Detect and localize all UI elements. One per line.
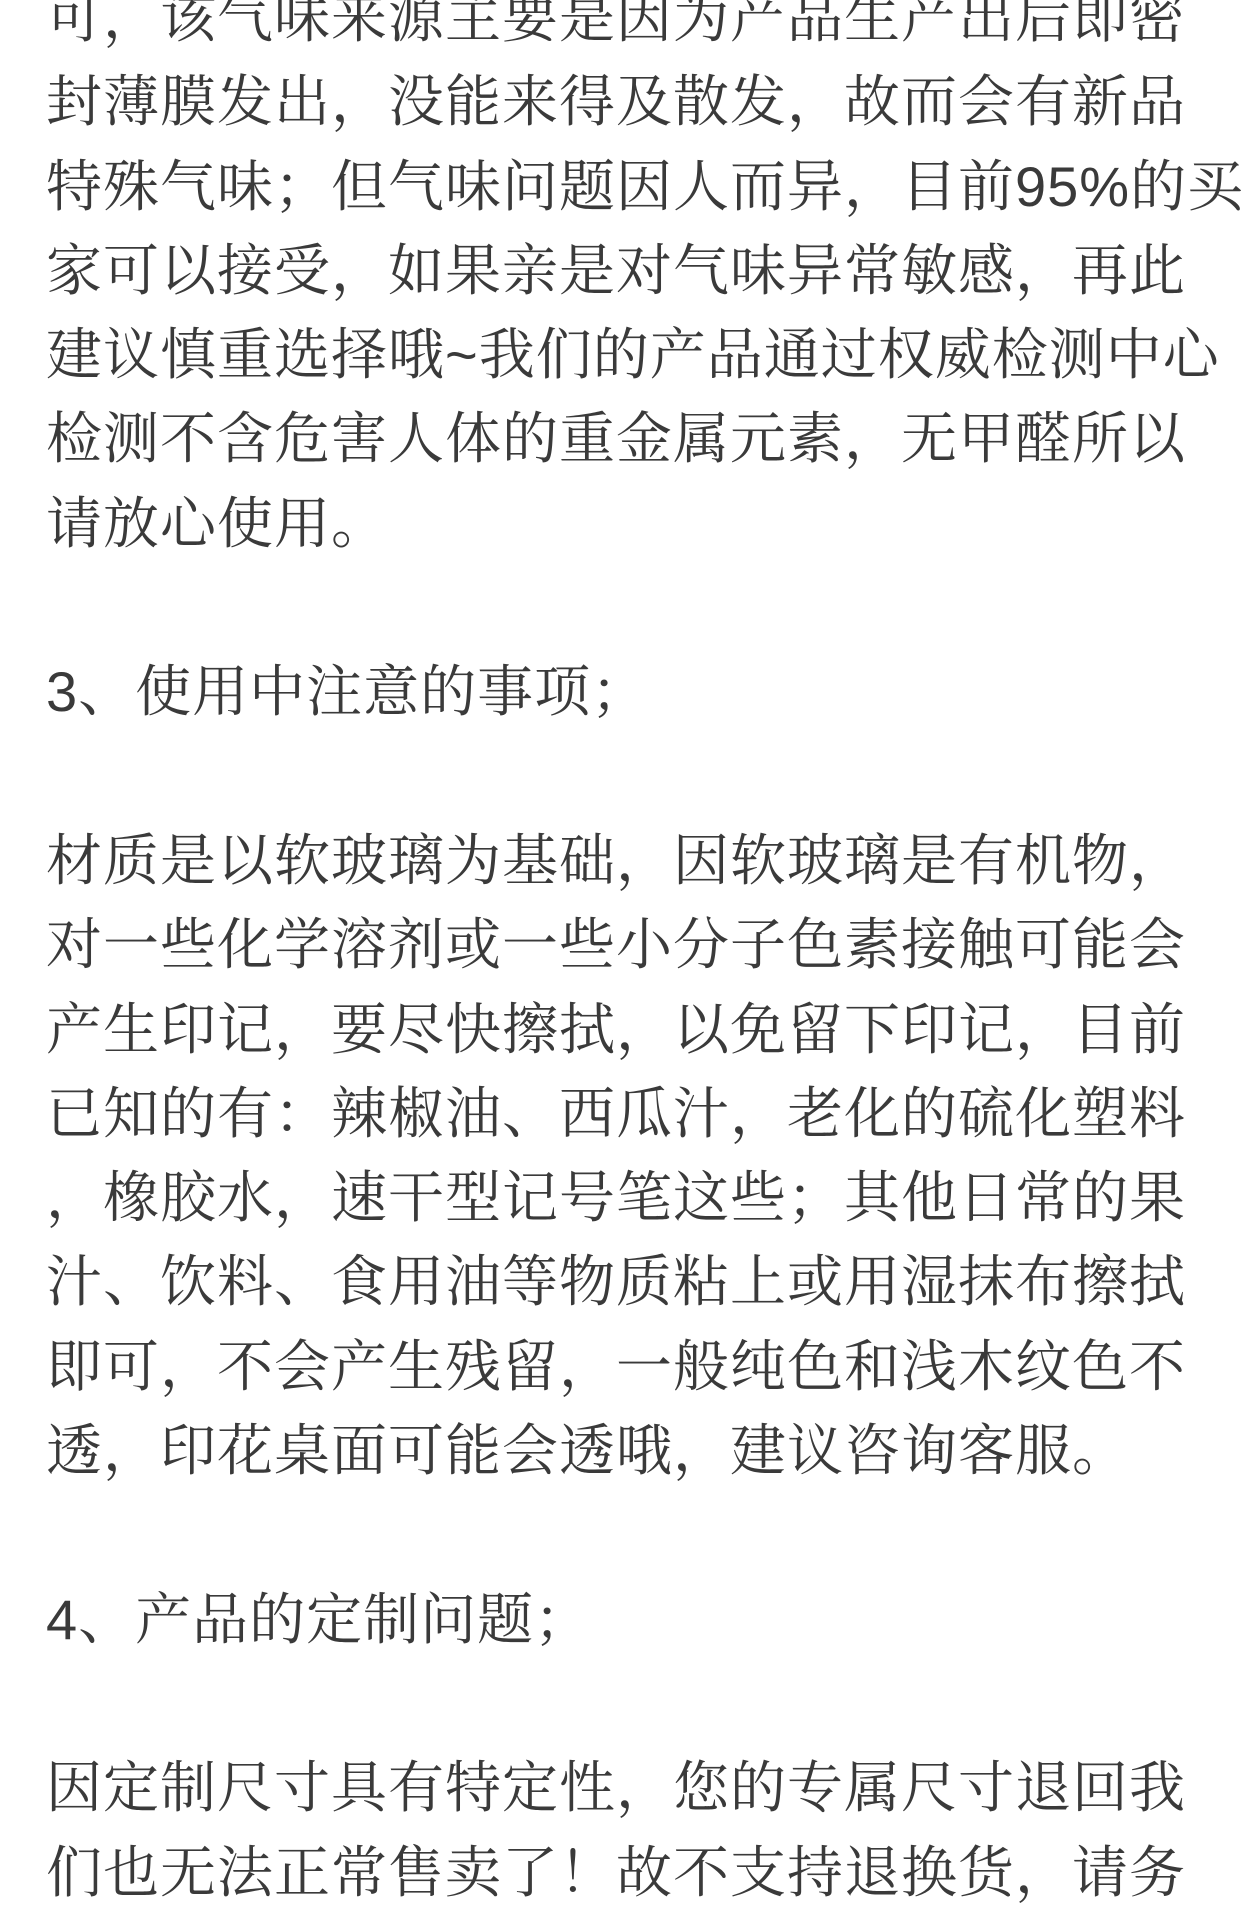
text-line: 材质是以软玻璃为基础，因软玻璃是有机物， xyxy=(46,819,1212,903)
text-line: 3、使用中注意的事项； xyxy=(46,650,1212,734)
product-description-page: { "page": { "background_color": "#ffffff… xyxy=(0,0,1242,1920)
text-line: 特殊气味；但气味问题因人而异，目前95%的买 xyxy=(46,145,1212,229)
text-line: 即可，不会产生残留，一般纯色和浅木纹色不 xyxy=(46,1325,1212,1409)
text-line: 对一些化学溶剂或一些小分子色素接触可能会 xyxy=(46,903,1212,987)
text-line: 因定制尺寸具有特定性，您的专属尺寸退回我 xyxy=(46,1746,1212,1830)
text-line: 已知的有：辣椒油、西瓜汁，老化的硫化塑料 xyxy=(46,1072,1212,1156)
text-line: 家可以接受，如果亲是对气味异常敏感，再此 xyxy=(46,229,1212,313)
text-line: 建议慎重选择哦~我们的产品通过权威检测中心 xyxy=(46,313,1212,397)
text-line: 们也无法正常售卖了！故不支持退换货，请务 xyxy=(46,1831,1212,1915)
paragraph-material-care: 材质是以软玻璃为基础，因软玻璃是有机物，对一些化学溶剂或一些小分子色素接触可能会… xyxy=(46,819,1212,1493)
text-line: 4、产品的定制问题； xyxy=(46,1578,1212,1662)
text-line: 透，印花桌面可能会透哦，建议咨询客服。 xyxy=(46,1409,1212,1493)
text-line: 封薄膜发出，没能来得及散发，故而会有新品 xyxy=(46,60,1212,144)
text-line: 汁、饮料、食用油等物质粘上或用湿抹布擦拭 xyxy=(46,1240,1212,1324)
paragraph-customization-policy: 因定制尺寸具有特定性，您的专属尺寸退回我们也无法正常售卖了！故不支持退换货，请务 xyxy=(46,1746,1212,1915)
paragraph-odor-explanation: 可，该气味来源主要是因为产品生产出后即密封薄膜发出，没能来得及散发，故而会有新品… xyxy=(46,0,1212,566)
text-line: 请放心使用。 xyxy=(46,482,1212,566)
description-text-flow: 可，该气味来源主要是因为产品生产出后即密封薄膜发出，没能来得及散发，故而会有新品… xyxy=(0,0,1242,1915)
text-line: 可，该气味来源主要是因为产品生产出后即密 xyxy=(46,0,1212,60)
text-line: 产生印记，要尽快擦拭，以免留下印记，目前 xyxy=(46,988,1212,1072)
heading-customization: 4、产品的定制问题； xyxy=(46,1578,1212,1662)
text-line: ，橡胶水，速干型记号笔这些；其他日常的果 xyxy=(46,1156,1212,1240)
heading-usage-notes: 3、使用中注意的事项； xyxy=(46,650,1212,734)
text-line: 检测不含危害人体的重金属元素，无甲醛所以 xyxy=(46,397,1212,481)
